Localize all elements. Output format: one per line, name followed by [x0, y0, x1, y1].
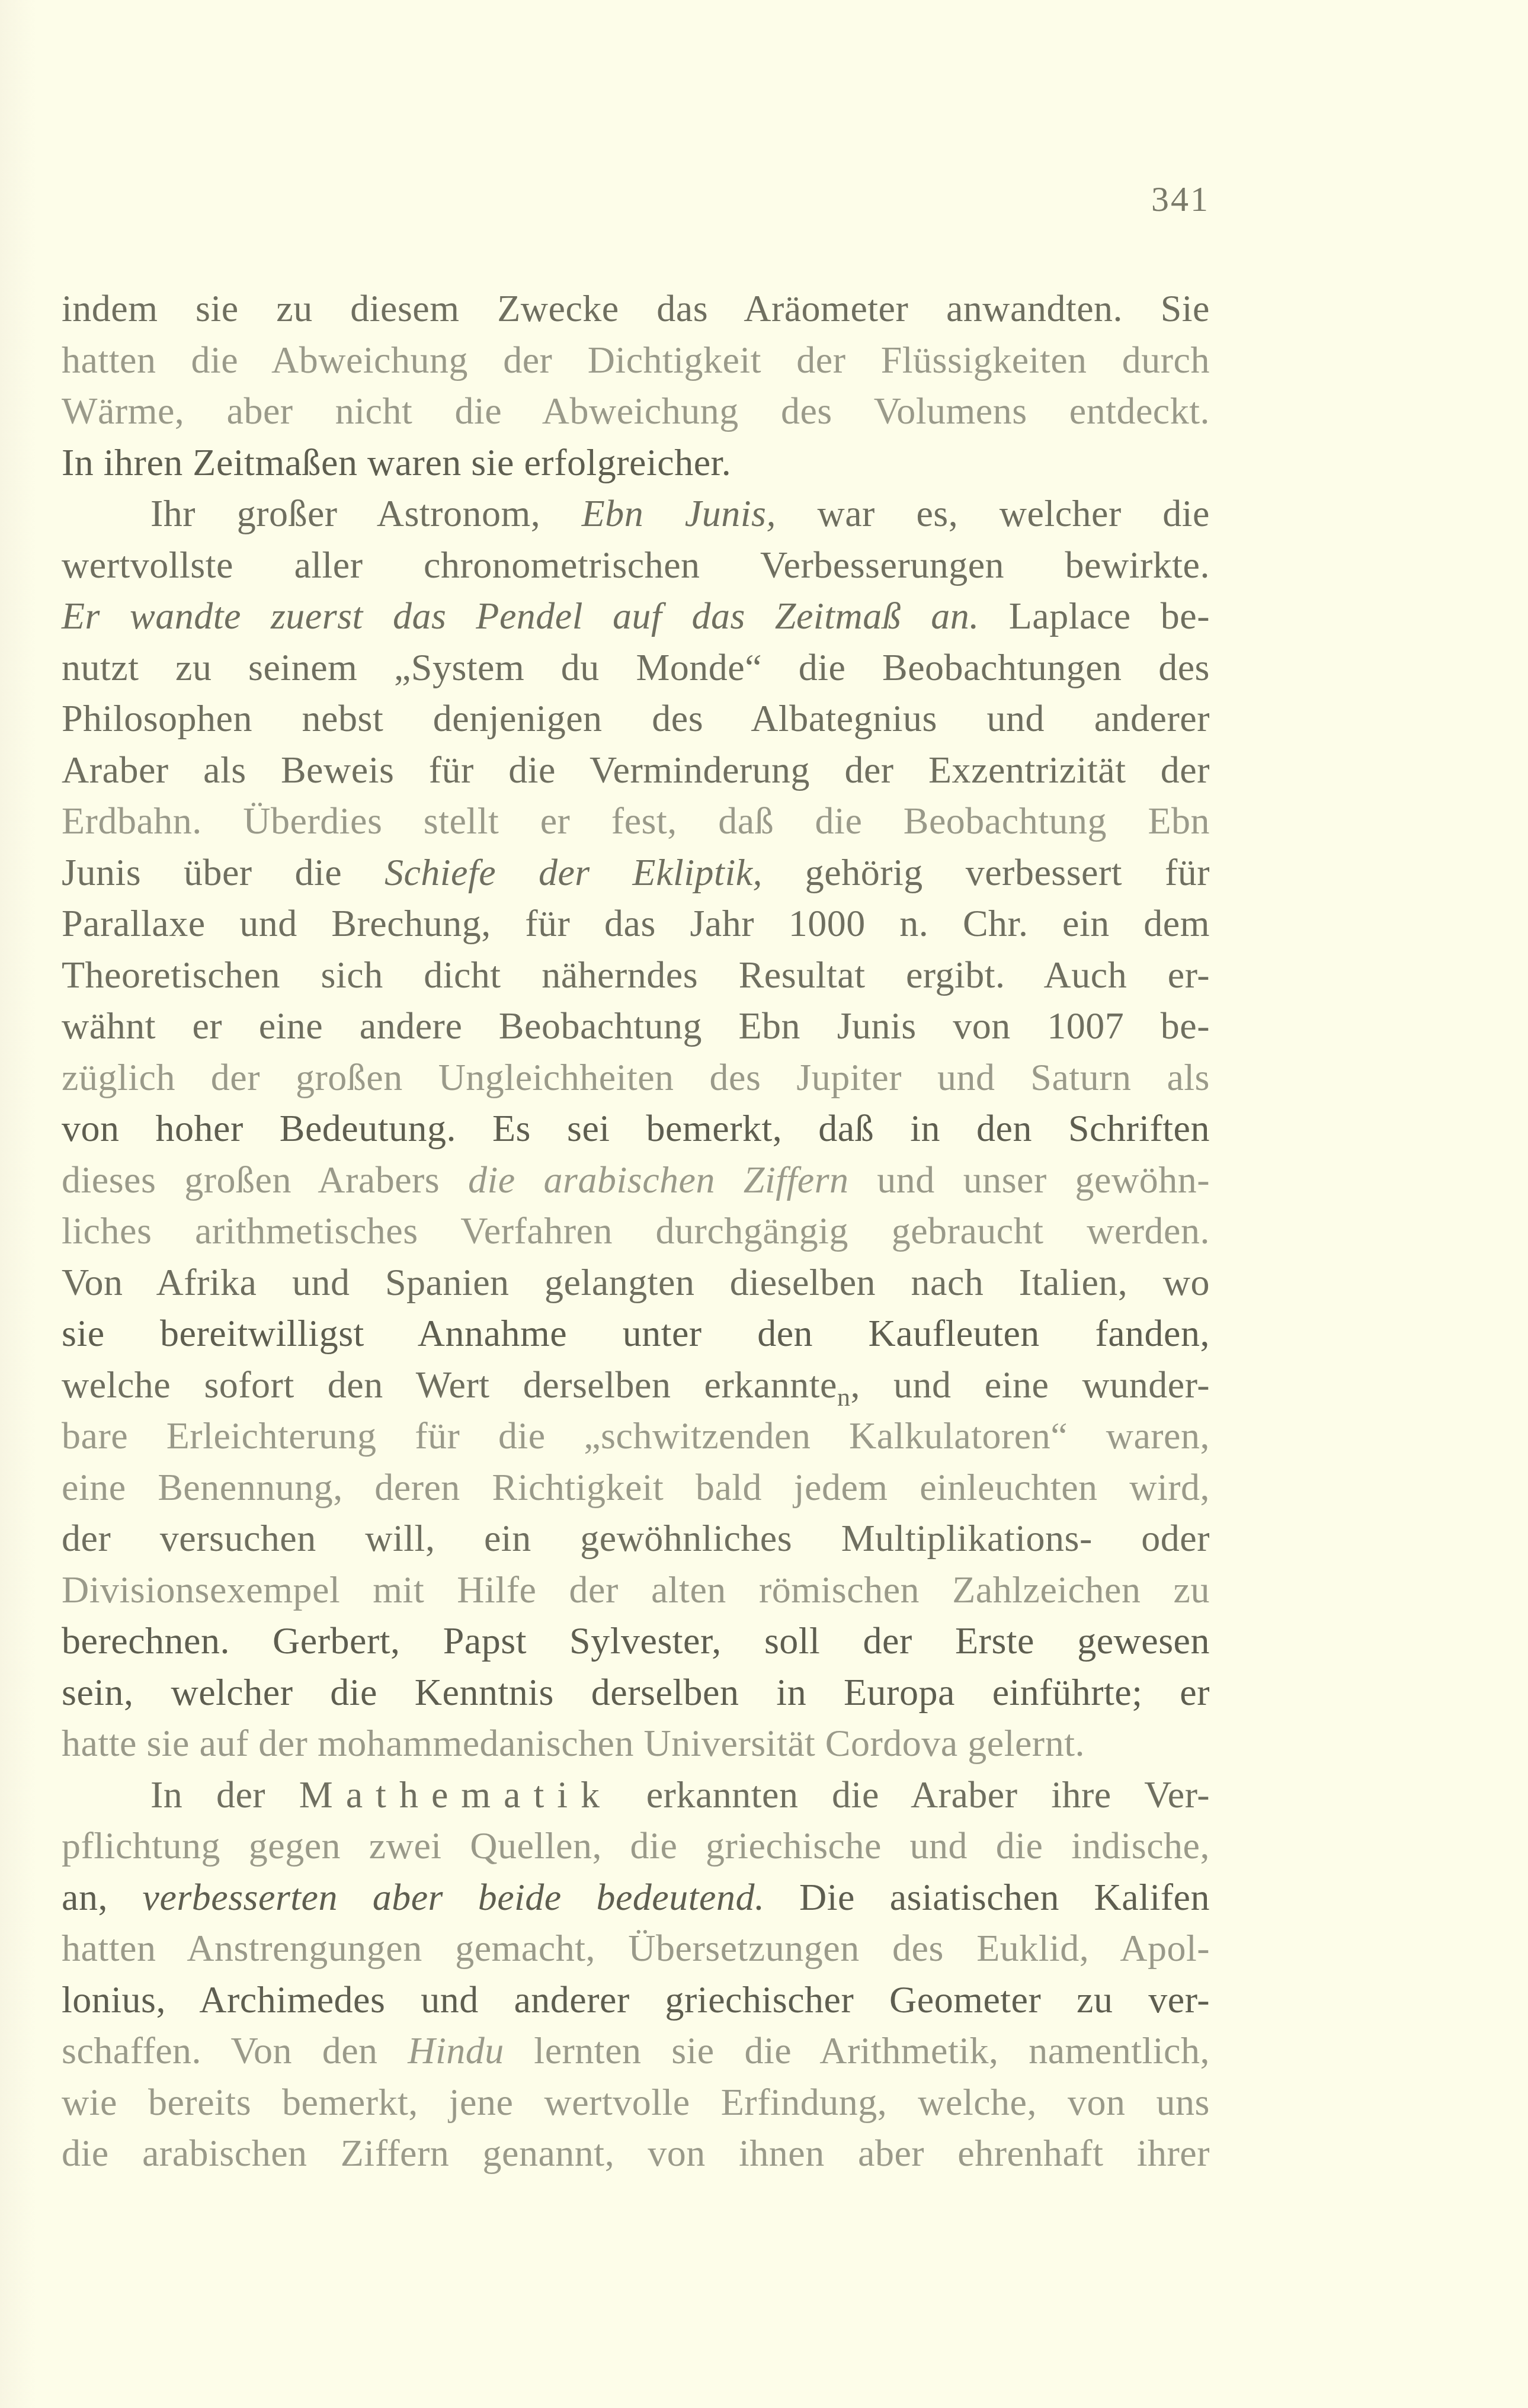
text-segment: Junis über die: [62, 851, 385, 893]
text-line: wertvollste aller chronometrischen Verbe…: [62, 540, 1210, 591]
text-segment: , und eine wunder-: [850, 1364, 1210, 1406]
text-segment: der versuchen will, ein gewöhnliches Mul…: [62, 1517, 1210, 1559]
text-line: an, verbesserten aber beide bedeutend. D…: [62, 1872, 1210, 1923]
text-segment: Erdbahn. Überdies stellt er fest, daß di…: [62, 800, 1210, 842]
text-line: Erdbahn. Überdies stellt er fest, daß di…: [62, 796, 1210, 847]
emphasis-text: verbesserten aber beide bedeutend.: [143, 1876, 765, 1918]
text-segment: sein, welcher die Kenntnis derselben in …: [62, 1671, 1210, 1713]
text-line: Araber als Beweis für die Verminderung d…: [62, 745, 1210, 796]
text-segment: Die asiatischen Kalifen: [764, 1876, 1210, 1918]
text-segment: Araber als Beweis für die Verminderung d…: [62, 749, 1210, 791]
text-segment: Parallaxe und Brechung, für das Jahr 100…: [62, 902, 1210, 944]
text-line: der versuchen will, ein gewöhnliches Mul…: [62, 1513, 1210, 1564]
text-line: schaffen. Von den Hindu lernten sie die …: [62, 2025, 1210, 2077]
text-segment: Philosophen nebst denjenigen des Albateg…: [62, 697, 1210, 739]
text-line: nutzt zu seinem „System du Monde“ die Be…: [62, 642, 1210, 694]
page-number: 341: [1126, 175, 1210, 223]
text-segment: war es, welcher die: [776, 492, 1210, 534]
text-segment: dieses großen Arabers: [62, 1159, 468, 1201]
text-line: indem sie zu diesem Zwecke das Aräometer…: [62, 283, 1210, 335]
body-text: indem sie zu diesem Zwecke das Aräometer…: [62, 283, 1210, 2179]
text-segment: wie bereits bemerkt, jene wertvolle Erfi…: [62, 2081, 1210, 2123]
text-segment: berechnen. Gerbert, Papst Sylvester, sol…: [62, 1620, 1210, 1662]
spaced-emphasis-text: Mathematik: [299, 1774, 613, 1816]
text-line: Junis über die Schiefe der Ekliptik, geh…: [62, 847, 1210, 899]
text-segment: schaffen. Von den: [62, 2029, 408, 2072]
text-segment: Ihr großer Astronom,: [150, 492, 582, 534]
text-line: hatten die Abweichung der Dichtigkeit de…: [62, 335, 1210, 386]
text-segment: liches arithmetisches Verfahren durchgän…: [62, 1210, 1210, 1252]
emphasis-text: die arabischen Ziffern: [468, 1159, 848, 1201]
emphasis-text: Ebn Junis,: [582, 492, 776, 534]
text-line: die arabischen Ziffern genannt, von ihne…: [62, 2128, 1210, 2179]
text-segment: pflichtung gegen zwei Quellen, die griec…: [62, 1825, 1210, 1867]
text-line: dieses großen Arabers die arabischen Zif…: [62, 1155, 1210, 1206]
text-segment: hatten die Abweichung der Dichtigkeit de…: [62, 339, 1210, 381]
text-segment: Von Afrika und Spanien gelangten dieselb…: [62, 1261, 1210, 1303]
text-line: Ihr großer Astronom, Ebn Junis, war es, …: [62, 488, 1210, 540]
text-line: sein, welcher die Kenntnis derselben in …: [62, 1667, 1210, 1718]
text-line: berechnen. Gerbert, Papst Sylvester, sol…: [62, 1615, 1210, 1667]
text-line: Von Afrika und Spanien gelangten dieselb…: [62, 1257, 1210, 1309]
text-line: Parallaxe und Brechung, für das Jahr 100…: [62, 898, 1210, 950]
text-line: welche sofort den Wert derselben erkannt…: [62, 1359, 1210, 1411]
text-line: In der Mathematik erkannten die Araber i…: [62, 1769, 1210, 1821]
text-segment: wähnt er eine andere Beobachtung Ebn Jun…: [62, 1005, 1210, 1047]
text-line: Divisionsexempel mit Hilfe der alten röm…: [62, 1564, 1210, 1616]
text-line: eine Benennung, deren Richtigkeit bald j…: [62, 1462, 1210, 1514]
text-line: liches arithmetisches Verfahren durchgän…: [62, 1205, 1210, 1257]
text-line: lonius, Archimedes und anderer griechisc…: [62, 1974, 1210, 2026]
text-segment: indem sie zu diesem Zwecke das Aräometer…: [62, 287, 1210, 329]
text-segment: hatten Anstrengungen gemacht, Übersetzun…: [62, 1927, 1210, 1969]
text-segment: nutzt zu seinem „System du Monde“ die Be…: [62, 646, 1210, 688]
text-line: bare Erleichterung für die „schwitzenden…: [62, 1410, 1210, 1462]
text-segment: die arabischen Ziffern genannt, von ihne…: [62, 2132, 1210, 2174]
text-line: Wärme, aber nicht die Abweichung des Vol…: [62, 386, 1210, 437]
text-line: In ihren Zeitmaßen waren sie erfolgreich…: [62, 437, 1210, 489]
text-segment: züglich der großen Ungleichheiten des Ju…: [62, 1056, 1210, 1098]
text-segment: und unser gewöhn-: [849, 1159, 1210, 1201]
text-line: Er wandte zuerst das Pendel auf das Zeit…: [62, 591, 1210, 642]
text-line: Theoretischen sich dicht näherndes Resul…: [62, 950, 1210, 1001]
text-segment: von hoher Bedeutung. Es sei bemerkt, daß…: [62, 1107, 1210, 1149]
text-segment: erkannten die Araber ihre Ver-: [613, 1774, 1210, 1816]
text-segment: Wärme, aber nicht die Abweichung des Vol…: [62, 390, 1210, 432]
emphasis-text: Er wandte zuerst das Pendel auf das Zeit…: [62, 595, 979, 637]
text-line: von hoher Bedeutung. Es sei bemerkt, daß…: [62, 1103, 1210, 1155]
page-edge-shadow: [0, 0, 36, 2408]
text-segment: lernten sie die Arithmetik, namentlich,: [504, 2029, 1210, 2072]
text-segment: hatte sie auf der mohammedanischen Unive…: [62, 1722, 1085, 1764]
text-segment: sie bereitwilligst Annahme unter den Kau…: [62, 1312, 1210, 1354]
text-line: wie bereits bemerkt, jene wertvolle Erfi…: [62, 2077, 1210, 2128]
text-segment: bare Erleichterung für die „schwitzenden…: [62, 1415, 1210, 1457]
text-line: züglich der großen Ungleichheiten des Ju…: [62, 1052, 1210, 1104]
text-segment: an,: [62, 1876, 143, 1918]
text-line: pflichtung gegen zwei Quellen, die griec…: [62, 1820, 1210, 1872]
text-line: Philosophen nebst denjenigen des Albateg…: [62, 693, 1210, 745]
text-line: hatten Anstrengungen gemacht, Übersetzun…: [62, 1923, 1210, 1974]
text-line: hatte sie auf der mohammedanischen Unive…: [62, 1718, 1210, 1769]
text-segment: gehörig verbessert für: [763, 851, 1210, 893]
text-segment: Laplace be-: [979, 595, 1210, 637]
text-segment: wertvollste aller chronometrischen Verbe…: [62, 544, 1210, 586]
text-segment: welche sofort den Wert derselben erkannt…: [62, 1364, 837, 1406]
emphasis-text: Schiefe der Ekliptik,: [385, 851, 763, 893]
text-segment: In ihren Zeitmaßen waren sie erfolgreich…: [62, 441, 731, 483]
text-line: wähnt er eine andere Beobachtung Ebn Jun…: [62, 1001, 1210, 1052]
emphasis-text: Hindu: [408, 2029, 504, 2072]
text-line: sie bereitwilligst Annahme unter den Kau…: [62, 1308, 1210, 1359]
text-segment: eine Benennung, deren Richtigkeit bald j…: [62, 1466, 1210, 1508]
text-segment: In der: [150, 1774, 299, 1816]
text-segment: lonius, Archimedes und anderer griechisc…: [62, 1979, 1210, 2021]
text-segment: n: [837, 1383, 851, 1412]
text-segment: Divisionsexempel mit Hilfe der alten röm…: [62, 1569, 1210, 1611]
text-segment: Theoretischen sich dicht näherndes Resul…: [62, 954, 1210, 996]
